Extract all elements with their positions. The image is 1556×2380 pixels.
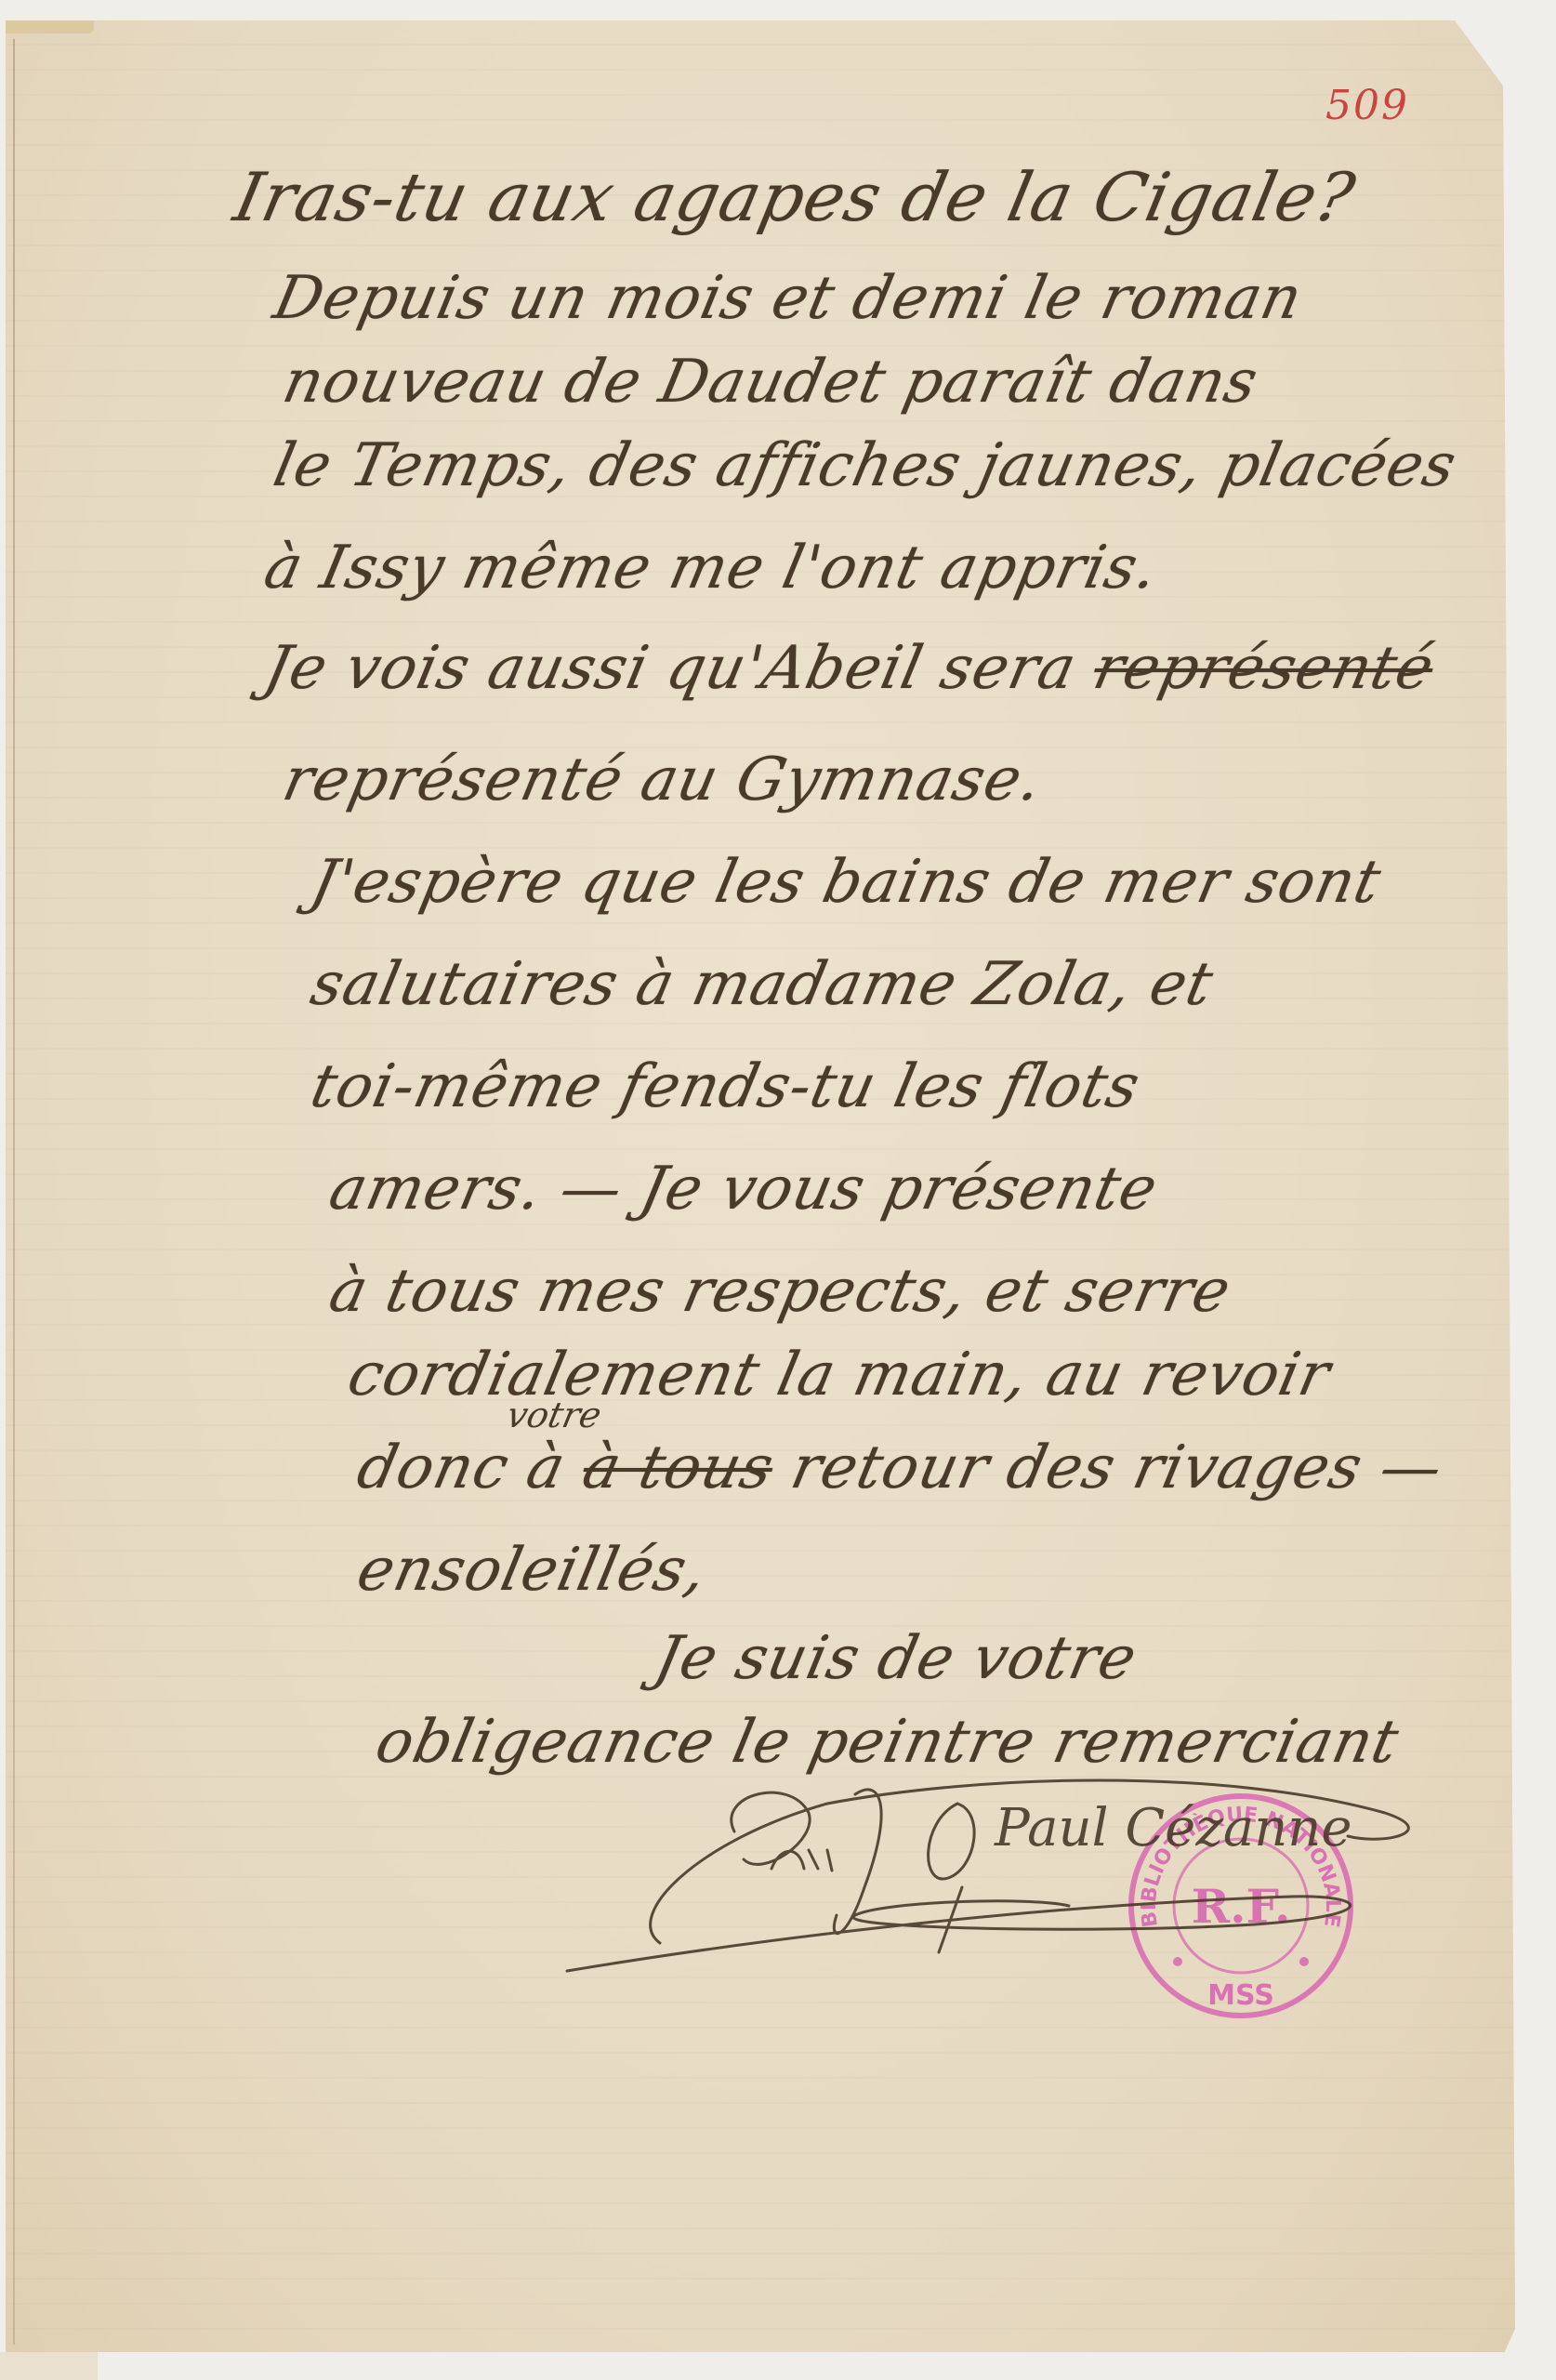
letter-line-1: Iras-tu aux agapes de la Cigale? [228,158,1362,236]
underlying-sheet-strip [0,2352,98,2380]
letter-line-11: amers. — Je vous présente [323,1155,1164,1223]
letter-line-10: toi-même fends-tu les flots [305,1052,1146,1121]
letter-line-14: donc à à tous retour des rivages — [351,1434,1449,1502]
letter-line-3: nouveau de Daudet paraît dans [277,348,1264,416]
letter-line-14-start: donc à [351,1434,572,1502]
struck-word: à tous [577,1434,781,1502]
signature: Paul Cézanne [548,1757,1422,1990]
folio-number: 509 [1325,82,1409,129]
letter-line-7: représenté au Gymnase. [277,746,1048,814]
letter-line-13: cordialement la main, au revoir [342,1341,1337,1409]
page-fold-line [13,39,15,2345]
letter-line-5: à Issy même me l'ont appris. [258,534,1164,602]
letter-line-8: J'espère que les bains de mer sont [305,848,1387,917]
letter-line-6: Je vois aussi qu'Abeil sera représenté [258,634,1440,703]
letter-line-9: salutaires à madame Zola, et [305,950,1220,1019]
letter-line-15: ensoleillés, [351,1536,713,1605]
signature-text: Paul Cézanne [994,1798,1352,1858]
letter-line-16: Je suis de votre [649,1624,1142,1693]
letter-line-14-end: retour des rivages — [785,1434,1449,1502]
struck-word: représenté [1088,634,1440,703]
letter-line-2: Depuis un mois et demi le roman [268,264,1309,333]
letter-line-4: le Temps, des affiches jaunes, placées [268,431,1462,500]
page-corner-wear [6,20,94,33]
interlinear-insert: votre [503,1395,605,1435]
letter-line-12: à tous mes respects, et serre [323,1257,1237,1326]
letter-line-6-text: Je vois aussi qu'Abeil sera [258,634,1082,703]
